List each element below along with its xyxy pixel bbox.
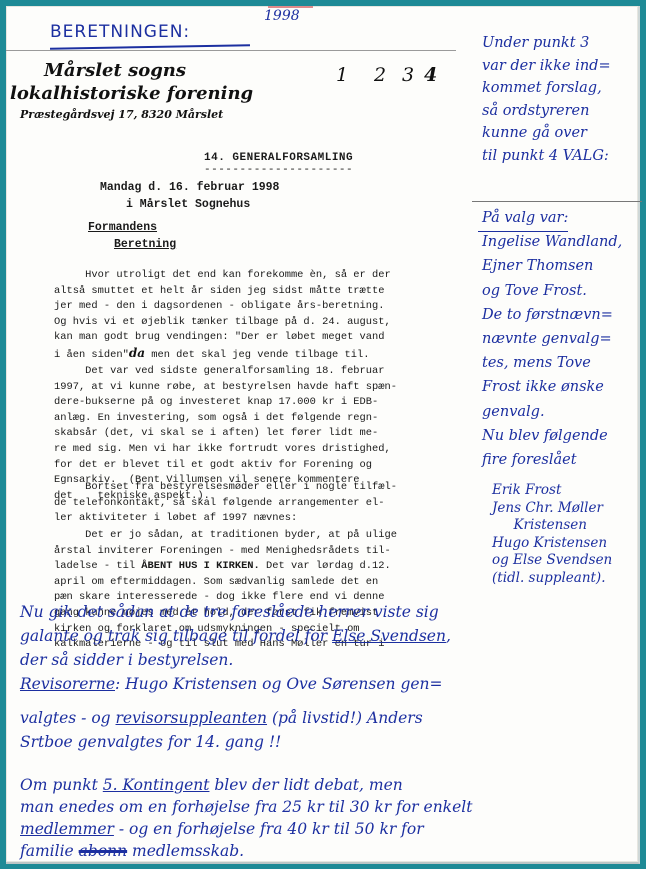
note-text: galante og trak sig tilbage til fordel f… xyxy=(20,627,332,645)
note-text: : Hugo Kristensen og Ove Sørensen gen= xyxy=(115,675,443,693)
note-line: man enedes om en forhøjelse fra 25 kr ti… xyxy=(20,796,472,818)
deputy-auditor-label: revisorsuppleanten xyxy=(116,709,268,727)
side-note-election: På valg var: Ingelise Wandland, Ejner Th… xyxy=(482,206,622,472)
meeting-place: i Mårslet Sognehus xyxy=(126,198,250,211)
section-title-beretning: Beretning xyxy=(114,238,176,251)
election-text: Ingelise Wandland, Ejner Thomsen og Tove… xyxy=(482,234,622,468)
note-line: valgtes - og revisorsuppleanten (på livs… xyxy=(20,706,423,730)
struck-out-word: abonn xyxy=(79,842,127,860)
paragraph-text: Hvor utroligt det end kan forekomme èn, … xyxy=(54,269,391,361)
page-number-1: 1 xyxy=(336,64,348,86)
section-title-formandens: Formandens xyxy=(88,221,157,234)
meeting-title-rule: --------------------- xyxy=(204,164,353,176)
note-text: , xyxy=(446,627,451,645)
note-line: medlemmer - og en forhøjelse fra 40 kr t… xyxy=(20,818,472,840)
note-text: blev der lidt debat, men xyxy=(209,776,402,794)
report-paragraph-1: Hvor utroligt det end kan forekomme èn, … xyxy=(54,268,444,364)
page-number-2: 2 xyxy=(374,64,386,86)
note-line: Revisorerne: Hugo Kristensen og Ove Søre… xyxy=(20,672,451,696)
report-paragraph-3: Bortset fra bestyrelsesmøder eller i nog… xyxy=(54,480,444,527)
note-text: familie xyxy=(20,842,79,860)
bottom-note-dues: Om punkt 5. Kontingent blev der lidt deb… xyxy=(20,774,472,862)
note-line: Om punkt 5. Kontingent blev der lidt deb… xyxy=(20,774,472,796)
election-heading-underline xyxy=(478,231,568,232)
note-text: (på livstid!) Anders xyxy=(267,709,423,727)
elected-member-name: Else Svendsen xyxy=(332,627,446,645)
side-note-divider xyxy=(472,201,642,202)
page-number-3: 3 xyxy=(402,64,414,86)
handwritten-header-label: BERETNINGEN: xyxy=(50,22,190,42)
side-note-agenda-point-3: Under punkt 3 var der ikke ind= kommet f… xyxy=(482,32,611,167)
meeting-date: Mandag d. 16. februar 1998 xyxy=(100,181,279,194)
top-rule-divider xyxy=(6,50,456,51)
handwritten-year: 1998 xyxy=(264,8,300,24)
note-line: familie abonn medlemsskab. xyxy=(20,840,472,862)
election-heading: På valg var: xyxy=(482,210,568,226)
note-text: medlemmer xyxy=(20,820,114,838)
dues-heading: 5. Kontingent xyxy=(103,776,210,794)
note-line: Nu gik det sådan at de tre foreslåede he… xyxy=(20,600,451,624)
meeting-title: 14. GENERALFORSAMLING xyxy=(204,152,353,164)
bottom-note-board-election: Nu gik det sådan at de tre foreslåede he… xyxy=(20,600,451,696)
handwritten-insert: da xyxy=(129,346,145,360)
page-number-4: 4 xyxy=(424,64,437,86)
note-text: valgtes - og xyxy=(20,709,116,727)
candidate-list: Erik Frost Jens Chr. Møller Kristensen H… xyxy=(492,482,612,587)
org-name-line-1: Mårslet sogns xyxy=(44,60,186,81)
org-address: Præstegårdsvej 17, 8320 Mårslet xyxy=(20,108,223,121)
paragraph-text-tail: men det skal jeg vende tilbage til. xyxy=(145,349,369,361)
header-underline xyxy=(50,44,250,49)
note-text: Om punkt xyxy=(20,776,103,794)
note-line: der så sidder i bestyrelsen. xyxy=(20,648,451,672)
note-text: medlemsskab. xyxy=(127,842,244,860)
bottom-note-auditors: valgtes - og revisorsuppleanten (på livs… xyxy=(20,706,423,754)
auditors-heading: Revisorerne xyxy=(20,675,115,693)
event-name: ÅBENT HUS I KIRKEN. xyxy=(141,560,259,572)
note-text: - og en forhøjelse fra 40 kr til 50 kr f… xyxy=(114,820,424,838)
org-name-line-2: lokalhistoriske forening xyxy=(10,83,253,104)
note-line: Srtboe genvalgtes for 14. gang !! xyxy=(20,730,423,754)
scanned-document-page: 1998 BERETNINGEN: Mårslet sogns lokalhis… xyxy=(6,6,640,864)
note-line: galante og trak sig tilbage til fordel f… xyxy=(20,624,451,648)
